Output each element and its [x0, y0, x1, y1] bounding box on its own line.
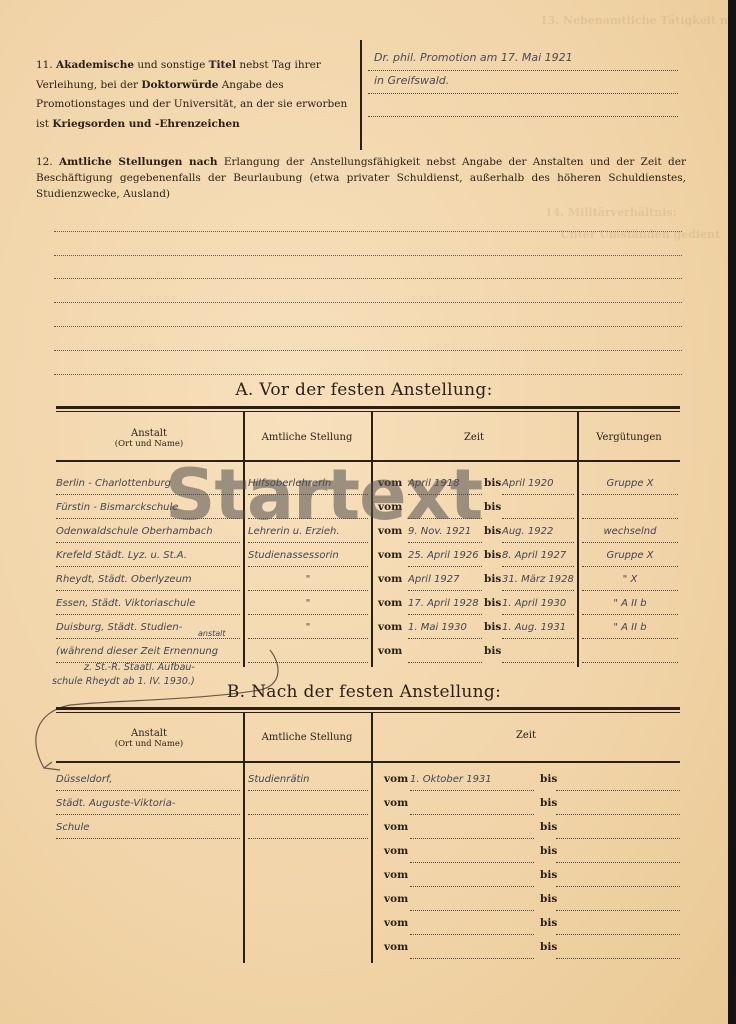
anstalt-cell[interactable]: Essen, Städt. Viktoriaschule — [56, 594, 240, 615]
bis-label: bis — [484, 549, 501, 561]
vom-cell[interactable] — [408, 498, 482, 519]
bis-cell[interactable]: 31. März 1928 — [502, 570, 574, 591]
anstalt-cell[interactable] — [56, 938, 240, 958]
bold-term: Amtliche Stellungen nach — [59, 156, 218, 168]
header-stellung: Amtliche Stellung — [244, 432, 370, 443]
answer-line[interactable] — [368, 94, 678, 117]
vom-label: vom — [384, 869, 408, 881]
anstalt-cell[interactable]: Städt. Auguste-Viktoria- — [56, 794, 240, 815]
header-bottom-rule — [56, 460, 680, 462]
blank-line[interactable] — [54, 232, 682, 256]
vom-cell[interactable] — [410, 890, 534, 911]
bis-label: bis — [484, 573, 501, 585]
scan-edge — [728, 0, 736, 1024]
verguetung-cell[interactable]: " A II b — [582, 594, 678, 615]
anstalt-cell[interactable]: Krefeld Städt. Lyz. u. St.A. — [56, 546, 240, 567]
table-row: vom bis — [0, 938, 728, 962]
header-anstalt: Anstalt (Ort und Name) — [56, 728, 242, 749]
bis-label: bis — [540, 869, 557, 881]
bis-cell[interactable] — [556, 842, 680, 863]
vom-cell[interactable]: 17. April 1928 — [408, 594, 482, 615]
vom-label: vom — [384, 845, 408, 857]
bis-cell[interactable] — [556, 866, 680, 887]
table-top-rule — [56, 707, 680, 710]
answer-line[interactable]: Dr. phil. Promotion am 17. Mai 1921 — [368, 48, 678, 71]
vom-label: vom — [384, 797, 408, 809]
section-b-title: B. Nach der festen Anstellung: — [0, 682, 728, 702]
stellung-cell[interactable]: Studienrätin — [248, 770, 368, 791]
verguetung-cell[interactable]: " A II b — [582, 618, 678, 639]
handwritten-arrow-icon — [20, 640, 290, 780]
blank-line[interactable] — [54, 327, 682, 351]
vom-cell[interactable]: 1. Mai 1930 — [408, 618, 482, 639]
blank-line[interactable] — [54, 279, 682, 303]
bold-term: Titel — [209, 59, 236, 71]
question-number: 11. — [36, 59, 53, 71]
question-12-label: 12. Amtliche Stellungen nach Erlangung d… — [36, 154, 686, 202]
header-stellung: Amtliche Stellung — [244, 732, 370, 743]
stellung-cell[interactable]: " — [248, 618, 368, 639]
table-row: Odenwaldschule Oberhambach Lehrerin u. E… — [0, 522, 728, 546]
bis-cell[interactable] — [502, 642, 574, 663]
vom-cell[interactable] — [408, 642, 482, 663]
vom-label: vom — [378, 597, 402, 609]
bis-cell[interactable]: 8. April 1927 — [502, 546, 574, 567]
stellung-cell[interactable] — [248, 818, 368, 839]
vom-label: vom — [384, 773, 408, 785]
verguetung-cell[interactable]: Gruppe X — [582, 474, 678, 495]
vom-cell[interactable] — [410, 794, 534, 815]
vom-label: vom — [378, 525, 402, 537]
section-a-title: A. Vor der festen Anstellung: — [0, 380, 728, 400]
table-row: Rheydt, Städt. Oberlyzeum " vom April 19… — [0, 570, 728, 594]
table-row: vom bis — [0, 866, 728, 890]
bis-label: bis — [540, 773, 557, 785]
header-zeit: Zeit — [372, 730, 680, 741]
table-row: vom bis — [0, 890, 728, 914]
stellung-cell[interactable] — [248, 866, 368, 886]
vom-label: vom — [378, 501, 402, 513]
header-bottom-rule — [56, 761, 680, 763]
bis-cell[interactable] — [556, 938, 680, 959]
bis-label: bis — [540, 917, 557, 929]
header-subtext: (Ort und Name) — [56, 439, 242, 449]
bis-label: bis — [484, 501, 501, 513]
question-11-answer: Dr. phil. Promotion am 17. Mai 1921 in G… — [368, 48, 678, 117]
anstalt-cell[interactable] — [56, 914, 240, 934]
anstalt-cell[interactable]: Düsseldorf, — [56, 770, 240, 791]
vom-label: vom — [384, 821, 408, 833]
bis-label: bis — [540, 941, 557, 953]
vom-cell[interactable]: 9. Nov. 1921 — [408, 522, 482, 543]
vom-cell[interactable] — [410, 842, 534, 863]
vom-label: vom — [378, 549, 402, 561]
table-row: Städt. Auguste-Viktoria- vom bis — [0, 794, 728, 818]
bis-cell[interactable] — [556, 770, 680, 791]
header-text: Anstalt — [131, 728, 167, 739]
verguetung-cell[interactable] — [582, 642, 678, 663]
verguetung-cell[interactable]: Gruppe X — [582, 546, 678, 567]
vom-cell[interactable] — [410, 866, 534, 887]
bis-label: bis — [484, 621, 501, 633]
stellung-cell[interactable] — [248, 938, 368, 958]
bis-cell[interactable]: 1. April 1930 — [502, 594, 574, 615]
bis-cell[interactable]: 1. Aug. 1931 — [502, 618, 574, 639]
header-text: Anstalt — [131, 428, 167, 439]
blank-line[interactable] — [54, 351, 682, 375]
stellung-cell[interactable]: Hilfsoberlehrerin — [248, 474, 368, 495]
bis-label: bis — [484, 525, 501, 537]
anstalt-cell[interactable]: Fürstin - Bismarckschule — [56, 498, 240, 519]
stellung-cell[interactable]: " — [248, 570, 368, 591]
blank-line[interactable] — [54, 303, 682, 327]
header-zeit: Zeit — [372, 432, 576, 443]
table-row: Düsseldorf, Studienrätin vom 1. Oktober … — [0, 770, 728, 794]
verguetung-cell[interactable] — [582, 498, 678, 519]
column-divider — [360, 40, 362, 150]
header-verguetung: Vergütungen — [578, 432, 680, 443]
question-12-blank-lines — [54, 208, 682, 375]
vom-label: vom — [378, 573, 402, 585]
vom-cell[interactable]: 1. Oktober 1931 — [410, 770, 534, 791]
stellung-cell[interactable] — [248, 842, 368, 862]
vom-cell[interactable] — [410, 818, 534, 839]
table-row: Essen, Städt. Viktoriaschule " vom 17. A… — [0, 594, 728, 618]
bis-label: bis — [540, 845, 557, 857]
table-top-rule — [56, 712, 680, 713]
stellung-cell[interactable] — [248, 498, 368, 519]
table-row: Fürstin - Bismarckschule vom bis — [0, 498, 728, 522]
bold-term: Kriegsorden und -Ehrenzeichen — [52, 118, 240, 130]
table-row: Krefeld Städt. Lyz. u. St.A. Studienasse… — [0, 546, 728, 570]
bleed-through-text: 13. Nebenamtliche Tätigkeit nebst Angabe… — [540, 14, 736, 27]
table-top-rule — [56, 411, 680, 412]
verguetung-cell[interactable]: " X — [582, 570, 678, 591]
bis-label: bis — [484, 477, 501, 489]
vom-cell[interactable] — [410, 914, 534, 935]
label-text: und sonstige — [134, 59, 209, 71]
bis-label: bis — [484, 597, 501, 609]
anstalt-cell[interactable] — [56, 842, 240, 862]
bis-cell[interactable] — [556, 890, 680, 911]
anstalt-cell[interactable] — [56, 866, 240, 886]
vom-cell[interactable]: 25. April 1926 — [408, 546, 482, 567]
vom-cell[interactable]: April 1927 — [408, 570, 482, 591]
bis-cell[interactable] — [556, 818, 680, 839]
bis-cell[interactable]: April 1920 — [502, 474, 574, 495]
anstalt-cell[interactable]: Schule — [56, 818, 240, 839]
table-row: vom bis — [0, 842, 728, 866]
blank-line[interactable] — [54, 256, 682, 280]
verguetung-cell[interactable]: wechselnd — [582, 522, 678, 543]
table-row: Schule vom bis — [0, 818, 728, 842]
anstalt-cell[interactable] — [56, 890, 240, 910]
stellung-cell[interactable]: Lehrerin u. Erzieh. — [248, 522, 368, 543]
stellung-cell[interactable]: Studienassessorin — [248, 546, 368, 567]
vom-cell[interactable]: April 1918 — [408, 474, 482, 495]
table-top-rule — [56, 406, 680, 409]
bis-label: bis — [540, 893, 557, 905]
bis-cell[interactable] — [556, 914, 680, 935]
vom-label: vom — [384, 917, 408, 929]
stellung-cell[interactable] — [248, 890, 368, 910]
table-row: vom bis — [0, 914, 728, 938]
bis-label: bis — [484, 645, 501, 657]
document-page: 13. Nebenamtliche Tätigkeit nebst Angabe… — [0, 0, 728, 1024]
header-anstalt: Anstalt (Ort und Name) — [56, 428, 242, 449]
note-superscript: anstalt — [198, 629, 226, 638]
vom-label: vom — [378, 621, 402, 633]
bis-label: bis — [540, 821, 557, 833]
stellung-cell[interactable] — [248, 914, 368, 934]
bold-term: Doktorwürde — [141, 79, 218, 91]
table-row: Duisburg, Städt. Studien- " vom 1. Mai 1… — [0, 618, 728, 642]
stellung-cell[interactable] — [248, 794, 368, 815]
vom-cell[interactable] — [410, 938, 534, 959]
blank-line[interactable] — [54, 208, 682, 232]
anstalt-cell[interactable]: Berlin - Charlottenburg — [56, 474, 240, 495]
vom-label: vom — [384, 941, 408, 953]
vom-label: vom — [378, 477, 402, 489]
bis-cell[interactable]: Aug. 1922 — [502, 522, 574, 543]
vom-label: vom — [378, 645, 402, 657]
table-row: Berlin - Charlottenburg Hilfsoberlehreri… — [0, 474, 728, 498]
question-11-label: 11. Akademische und sonstige Titel nebst… — [36, 56, 356, 134]
bis-label: bis — [540, 797, 557, 809]
vom-label: vom — [384, 893, 408, 905]
anstalt-cell[interactable]: Rheydt, Städt. Oberlyzeum — [56, 570, 240, 591]
question-number: 12. — [36, 156, 53, 168]
header-subtext: (Ort und Name) — [56, 739, 242, 749]
bis-cell[interactable] — [502, 498, 574, 519]
bold-term: Akademische — [56, 59, 134, 71]
stellung-cell[interactable]: " — [248, 594, 368, 615]
anstalt-cell[interactable]: Odenwaldschule Oberhambach — [56, 522, 240, 543]
bis-cell[interactable] — [556, 794, 680, 815]
answer-line[interactable]: in Greifswald. — [368, 71, 678, 94]
